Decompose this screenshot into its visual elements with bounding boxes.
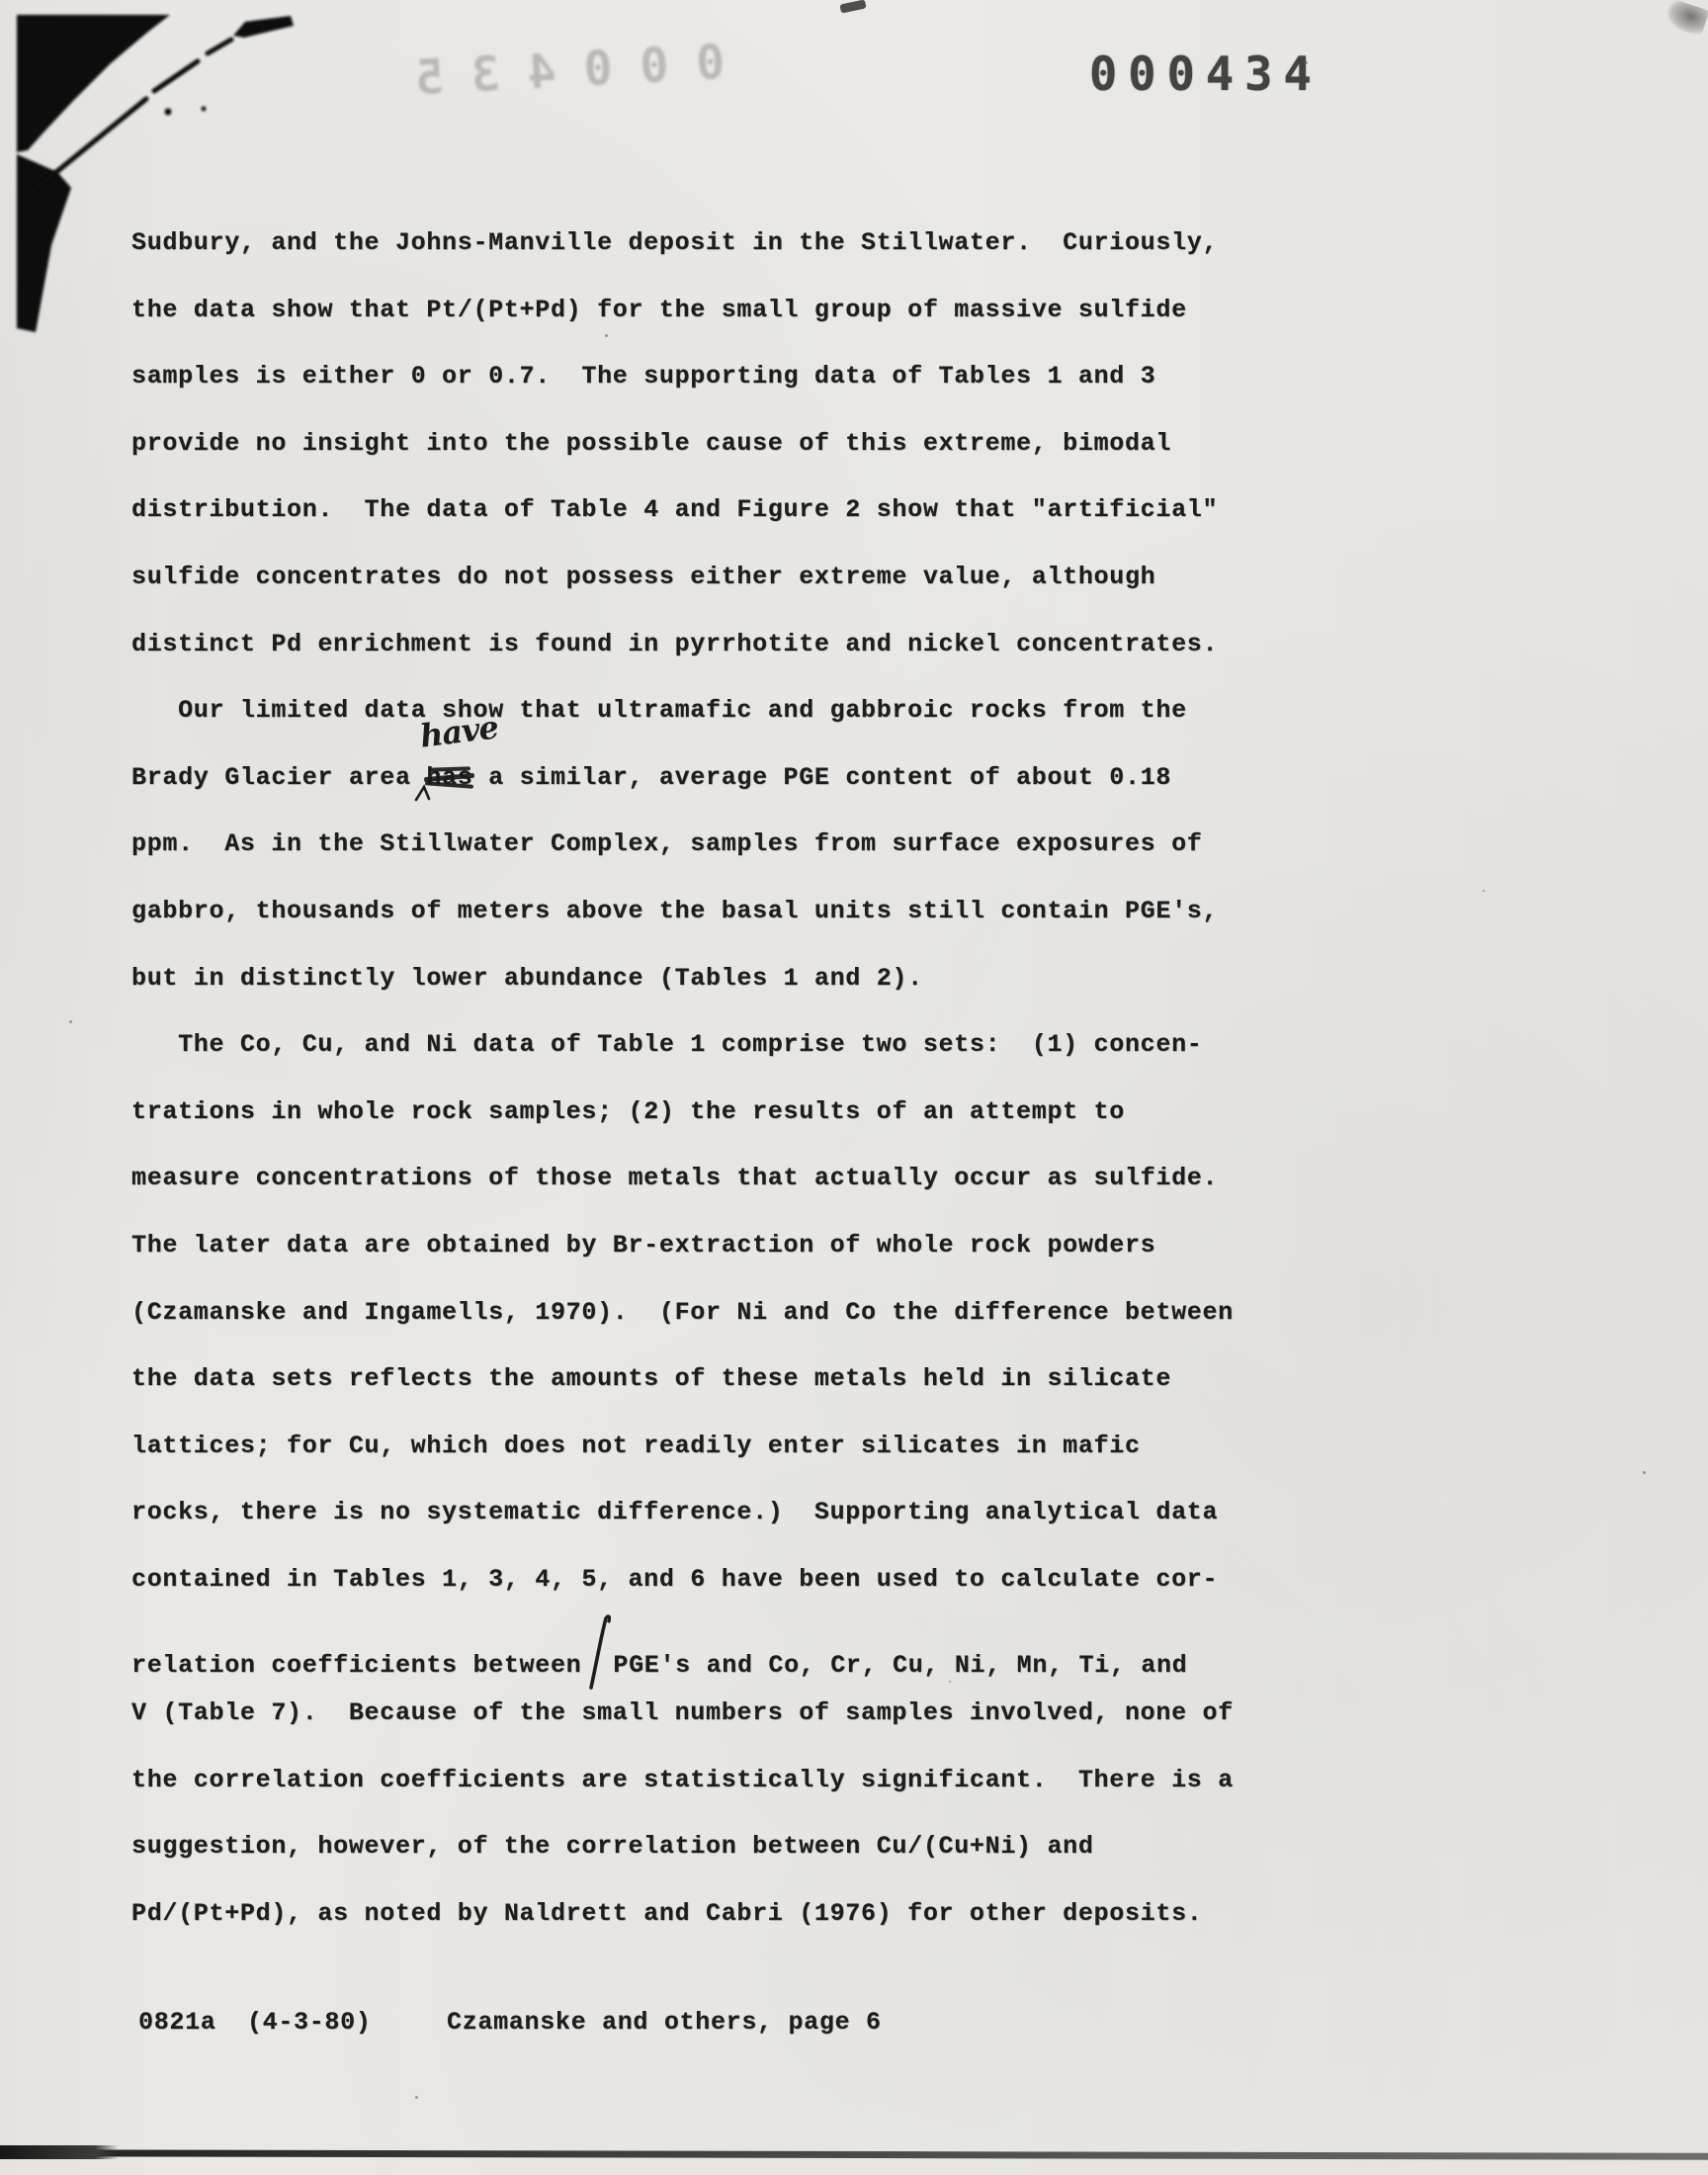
text-line: provide no insight into the possible cau… <box>131 410 1377 478</box>
bleedthrough-page-number: 000435 <box>386 35 726 108</box>
text-segment: Brady Glacier area <box>131 763 426 792</box>
scan-speck <box>1127 437 1130 440</box>
footer-document-id: 0821a (4-3-80) <box>138 1989 372 2055</box>
scan-speck <box>69 1020 72 1023</box>
text-segment: relation coefficients between <box>131 1651 581 1680</box>
scan-speck <box>949 1681 951 1683</box>
struck-word: hashave <box>426 744 472 812</box>
text-line: V (Table 7). Because of the small number… <box>131 1680 1377 1747</box>
text-segment: PGE's and Co, Cr, Cu, Ni, Mn, Ti, and <box>613 1651 1187 1680</box>
text-line: suggestion, however, of the correlation … <box>131 1813 1377 1880</box>
text-line-with-slash-mark: relation coefficients betweenPGE's and C… <box>131 1612 1377 1680</box>
scan-speck <box>605 334 608 337</box>
text-line: samples is either 0 or 0.7. The supporti… <box>131 343 1377 410</box>
handwritten-insertion-word: have <box>417 694 503 770</box>
text-line: contained in Tables 1, 3, 4, 5, and 6 ha… <box>131 1546 1377 1613</box>
insertion-caret-icon <box>414 784 434 802</box>
text-line: (Czamanske and Ingamells, 1970). (For Ni… <box>131 1279 1377 1347</box>
scan-speck <box>1483 890 1485 892</box>
text-line: Sudbury, and the Johns-Manville deposit … <box>131 210 1377 277</box>
text-line: gabbro, thousands of meters above the ba… <box>131 878 1377 945</box>
text-line: distribution. The data of Table 4 and Fi… <box>131 477 1377 544</box>
scanned-document-page: 000435 000434 Sudbury, and the Johns-Man… <box>0 0 1708 2175</box>
text-line: Pd/(Pt+Pd), as noted by Naldrett and Cab… <box>131 1880 1377 1948</box>
scan-mark <box>839 0 866 14</box>
text-line: distinct Pd enrichment is found in pyrrh… <box>131 611 1377 678</box>
text-line: the data show that Pt/(Pt+Pd) for the sm… <box>131 277 1377 344</box>
footer-citation: Czamanske and others, page 6 <box>447 1989 882 2055</box>
scan-speck <box>1643 1471 1646 1474</box>
text-line: but in distinctly lower abundance (Table… <box>131 945 1377 1012</box>
text-line: Our limited data show that ultramafic an… <box>131 677 1377 744</box>
text-line: lattices; for Cu, which does not readily… <box>131 1413 1377 1480</box>
scan-bottom-edge <box>0 2149 1708 2160</box>
text-line: The Co, Cu, and Ni data of Table 1 compr… <box>131 1011 1377 1079</box>
page-number-stamp: 000434 <box>1089 47 1323 102</box>
text-segment: a similar, average PGE content of about … <box>472 763 1171 792</box>
text-line: ppm. As in the Stillwater Complex, sampl… <box>131 811 1377 878</box>
text-line: measure concentrations of those metals t… <box>131 1145 1377 1212</box>
scan-speck <box>1305 61 1308 64</box>
text-line-with-correction: Brady Glacier area hashave a similar, av… <box>131 744 1377 812</box>
text-line: trations in whole rock samples; (2) the … <box>131 1079 1377 1146</box>
scan-bottom-edge-left <box>0 2145 119 2159</box>
text-line: The later data are obtained by Br-extrac… <box>131 1212 1377 1279</box>
scan-smudge <box>1664 0 1708 37</box>
text-line: the correlation coefficients are statist… <box>131 1747 1377 1814</box>
text-line: rocks, there is no systematic difference… <box>131 1479 1377 1546</box>
text-line: the data sets reflects the amounts of th… <box>131 1346 1377 1413</box>
text-line: sulfide concentrates do not possess eith… <box>131 544 1377 611</box>
document-body: Sudbury, and the Johns-Manville deposit … <box>131 210 1377 1947</box>
scan-speck <box>415 2096 418 2099</box>
